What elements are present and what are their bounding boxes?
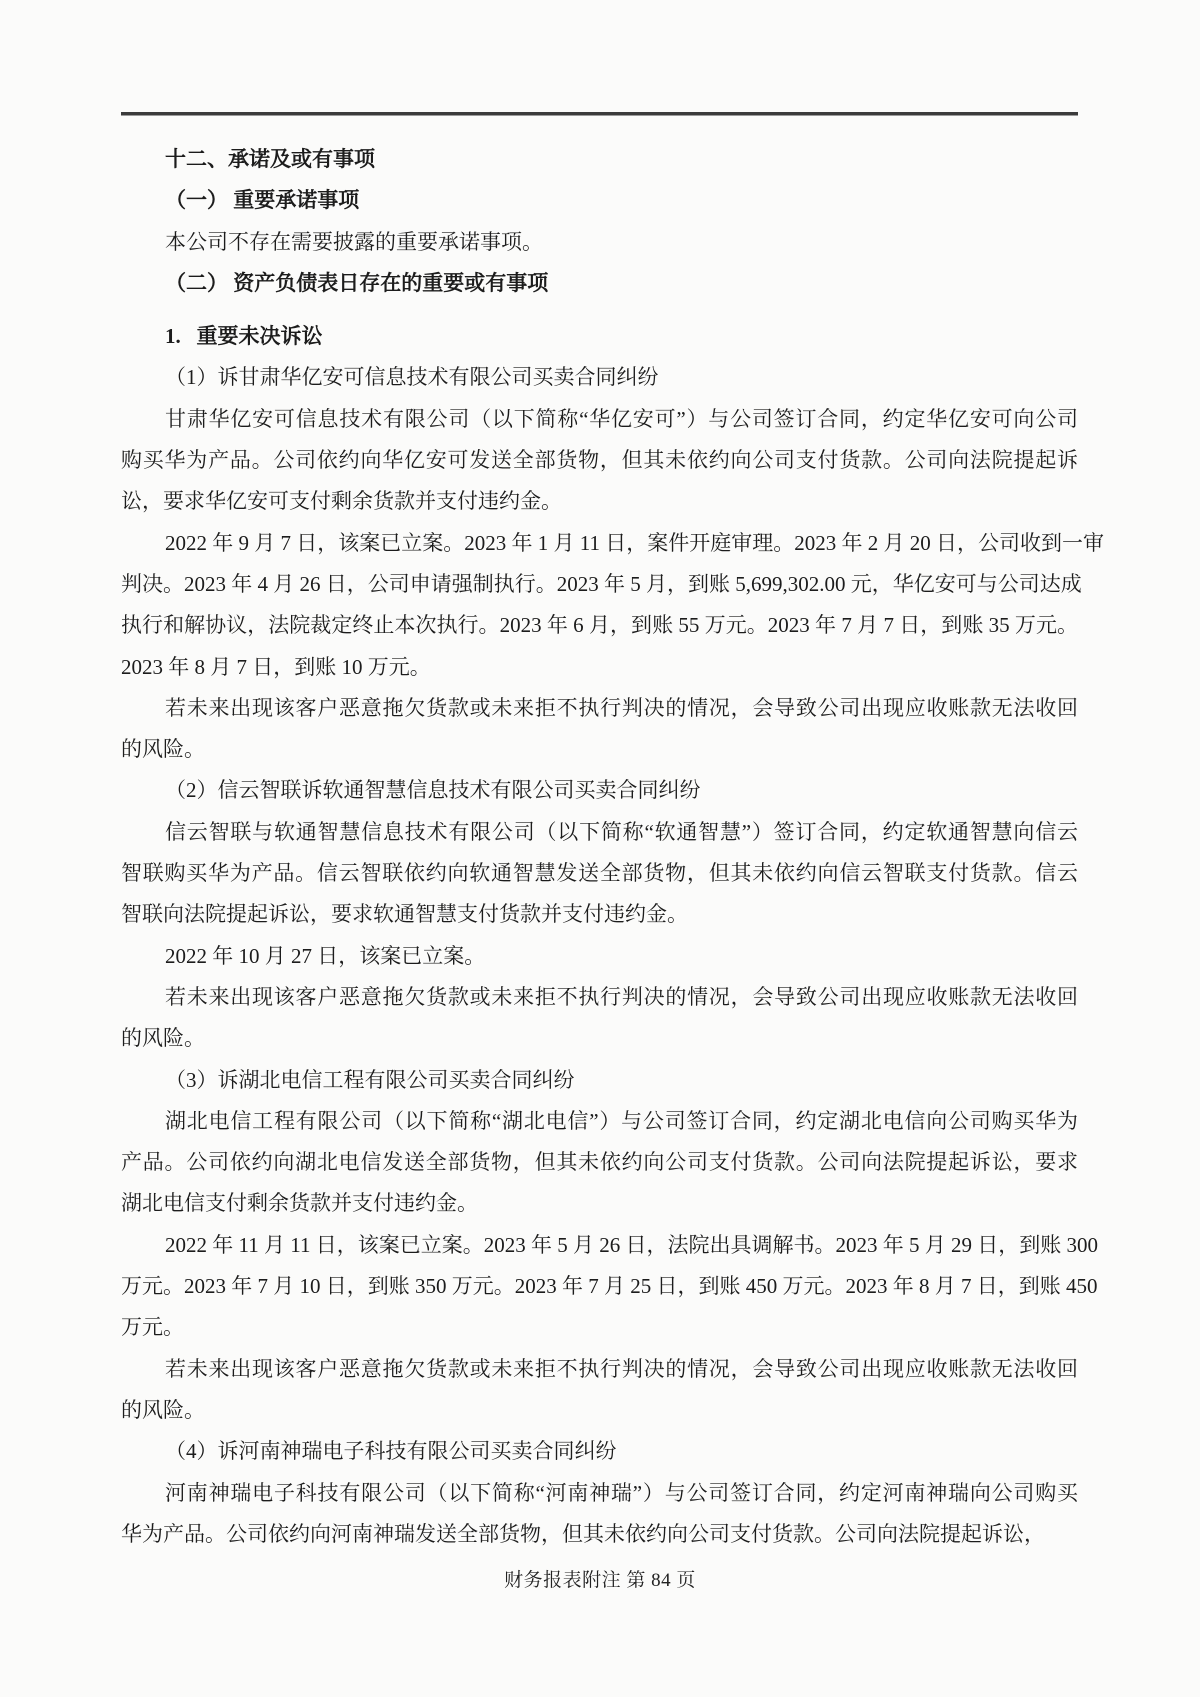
paragraph-line: 产品。公司依约向湖北电信发送全部货物，但其未依约向公司支付货款。公司向法院提起诉… xyxy=(121,1142,1078,1183)
paragraph-first-line: （1）诉甘肃华亿安可信息技术有限公司买卖合同纠纷 xyxy=(121,357,1078,398)
footer-text: 财务报表附注 第 84 页 xyxy=(504,1570,696,1591)
paragraph-first-line: 若未来出现该客户恶意拖欠货款或未来拒不执行判决的情况，会导致公司出现应收账款无法… xyxy=(121,977,1078,1018)
paragraph-line: 2023 年 8 月 7 日，到账 10 万元。 xyxy=(121,647,1078,688)
paragraph-first-line: 甘肃华亿安可信息技术有限公司（以下简称“华亿安可”）与公司签订合同，约定华亿安可… xyxy=(121,399,1078,440)
paragraph-line: 的风险。 xyxy=(121,729,1078,770)
paragraph-first-line: 2022 年 10 月 27 日，该案已立案。 xyxy=(121,936,1078,977)
paragraph-line: 华为产品。公司依约向河南神瑞发送全部货物，但其未依约向公司支付货款。公司向法院提… xyxy=(121,1514,1078,1555)
paragraph-line: 的风险。 xyxy=(121,1390,1078,1431)
paragraph-line: 讼，要求华亿安可支付剩余货款并支付违约金。 xyxy=(121,481,1078,522)
paragraph-first-line: （2）信云智联诉软通智慧信息技术有限公司买卖合同纠纷 xyxy=(121,770,1078,811)
subsection-heading: （一） 重要承诺事项 xyxy=(121,180,1078,221)
paragraph-first-line: 湖北电信工程有限公司（以下简称“湖北电信”）与公司签订合同，约定湖北电信向公司购… xyxy=(121,1101,1078,1142)
paragraph-first-line: （4）诉河南神瑞电子科技有限公司买卖合同纠纷 xyxy=(121,1431,1078,1472)
section-heading: 十二、承诺及或有事项 xyxy=(121,139,1078,180)
numbered-heading: 1. 重要未决诉讼 xyxy=(121,316,1078,357)
paragraph-first-line: 本公司不存在需要披露的重要承诺事项。 xyxy=(121,222,1078,263)
document-body: 十二、承诺及或有事项（一） 重要承诺事项本公司不存在需要披露的重要承诺事项。（二… xyxy=(121,139,1078,1555)
paragraph-line: 万元。 xyxy=(121,1307,1078,1348)
paragraph-first-line: 河南神瑞电子科技有限公司（以下简称“河南神瑞”）与公司签订合同，约定河南神瑞向公… xyxy=(121,1473,1078,1514)
subsection-heading: （二） 资产负债表日存在的重要或有事项 xyxy=(121,263,1078,304)
document-page: 十二、承诺及或有事项（一） 重要承诺事项本公司不存在需要披露的重要承诺事项。（二… xyxy=(0,0,1200,1697)
paragraph-first-line: 2022 年 9 月 7 日，该案已立案。2023 年 1 月 11 日，案件开… xyxy=(121,523,1078,564)
paragraph-line: 购买华为产品。公司依约向华亿安可发送全部货物，但其未依约向公司支付货款。公司向法… xyxy=(121,440,1078,481)
paragraph-first-line: 2022 年 11 月 11 日，该案已立案。2023 年 5 月 26 日，法… xyxy=(121,1225,1078,1266)
paragraph-first-line: 若未来出现该客户恶意拖欠货款或未来拒不执行判决的情况，会导致公司出现应收账款无法… xyxy=(121,1349,1078,1390)
paragraph-line: 判决。2023 年 4 月 26 日，公司申请强制执行。2023 年 5 月，到… xyxy=(121,564,1078,605)
paragraph-first-line: 信云智联与软通智慧信息技术有限公司（以下简称“软通智慧”）签订合同，约定软通智慧… xyxy=(121,812,1078,853)
header-rule xyxy=(121,112,1078,116)
paragraph-line: 智联购买华为产品。信云智联依约向软通智慧发送全部货物，但其未依约向信云智联支付货… xyxy=(121,853,1078,894)
paragraph-first-line: （3）诉湖北电信工程有限公司买卖合同纠纷 xyxy=(121,1060,1078,1101)
paragraph-first-line: 若未来出现该客户恶意拖欠货款或未来拒不执行判决的情况，会导致公司出现应收账款无法… xyxy=(121,688,1078,729)
paragraph-line: 万元。2023 年 7 月 10 日，到账 350 万元。2023 年 7 月 … xyxy=(121,1266,1078,1307)
paragraph-line: 湖北电信支付剩余货款并支付违约金。 xyxy=(121,1183,1078,1224)
paragraph-line: 的风险。 xyxy=(121,1018,1078,1059)
page-footer: 财务报表附注 第 84 页 xyxy=(0,1565,1200,1592)
paragraph-line: 执行和解协议，法院裁定终止本次执行。2023 年 6 月，到账 55 万元。20… xyxy=(121,605,1078,646)
paragraph-line: 智联向法院提起诉讼，要求软通智慧支付货款并支付违约金。 xyxy=(121,894,1078,935)
